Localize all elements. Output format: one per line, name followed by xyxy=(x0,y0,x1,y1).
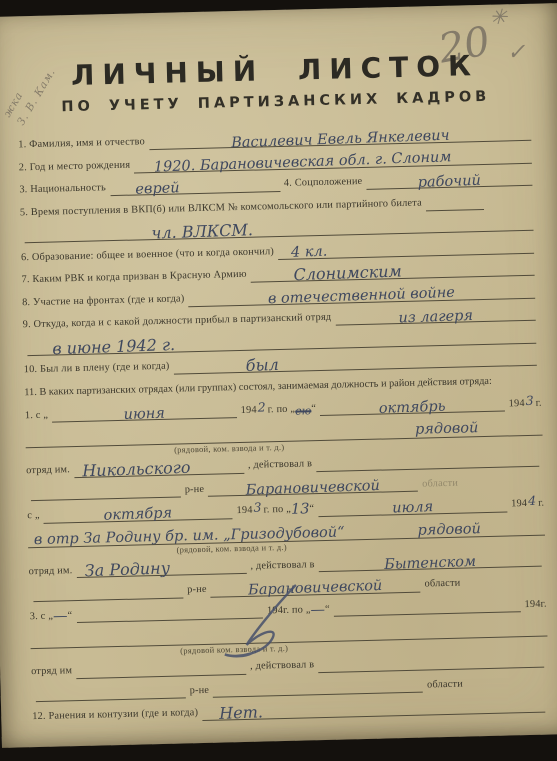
field-birth-label: 2. Год и место рождения xyxy=(19,158,131,176)
entry1-district-label: р-не xyxy=(185,482,205,497)
field-nationality-line: еврей xyxy=(110,176,280,196)
field-wounds-value: Нет. xyxy=(219,704,263,722)
entry1-district-value: Барановичевской xyxy=(208,478,418,500)
entry3-unit-label: отряд им xyxy=(31,664,72,680)
entry3-from-quote: “ xyxy=(67,609,72,624)
field-social-line: рабочий xyxy=(366,170,532,190)
entry1-district-line: Барановичевской xyxy=(208,476,418,497)
entry2-to-quote: “ xyxy=(309,502,314,517)
entry1-mid: г. по „ xyxy=(268,402,296,418)
form-title: ЛИЧНЫЙ ЛИСТОК xyxy=(16,48,534,94)
entry3-suffix: г. xyxy=(540,597,546,612)
entry2-from-month-line: октября xyxy=(43,503,232,524)
entry2-district-blank xyxy=(33,582,183,602)
field-rvk-label: 7. Каким РВК и когда призван в Красную А… xyxy=(21,268,246,288)
entry3-to-quote: “ xyxy=(325,602,330,617)
field-arrival-line1: из лагеря xyxy=(335,305,536,326)
field-party-value: чл. ВЛКСМ. xyxy=(151,222,253,242)
entry3-unit-line xyxy=(76,659,246,679)
entry3-mid: г. по „ xyxy=(283,603,311,619)
entry1-unit-line: Никольского xyxy=(74,458,244,478)
entry2-district-value: Барановичевской xyxy=(211,578,421,600)
field-fronts-line: в отечественной войне xyxy=(188,282,535,306)
entry2-from-year-digit: 3 xyxy=(253,502,261,515)
entry1-to-month-line: октябрь xyxy=(320,396,505,417)
entry1-area-label: , действовал в xyxy=(248,457,313,473)
entry2-year2: 194 xyxy=(511,497,527,512)
entry2-to-year-digit: 4 xyxy=(528,495,536,508)
entry2-from-month: октября xyxy=(44,505,233,526)
entry3-year2: 194 xyxy=(524,597,540,612)
entry1-to-day: ею xyxy=(295,406,311,417)
entry2-unit-value: За Родину xyxy=(85,561,171,580)
field-birth-value: 1920. Барановичевская обл. г. Слоним xyxy=(154,150,452,175)
entry2-to-month: июля xyxy=(318,498,507,519)
entry2-rank: рядовой xyxy=(417,522,481,538)
entry2-prefix: с „ xyxy=(27,509,40,524)
entry2-to-day: 13 xyxy=(291,503,310,518)
entry2-suffix: г. xyxy=(538,497,544,512)
entry3-area-label: , действовал в xyxy=(250,658,315,674)
entry1-to-month: октябрь xyxy=(320,398,505,419)
entry1-oblast-label: области xyxy=(422,476,458,492)
entry3-district-label: р-не xyxy=(190,683,210,698)
entry1-district-blank xyxy=(31,482,181,502)
field-education-label: 6. Образование: общее и военное (что и к… xyxy=(21,245,274,266)
field-education-line: 4 кл. xyxy=(278,237,534,259)
entry2-mid: г. по „ xyxy=(263,503,291,519)
entry1-area-line xyxy=(316,451,539,472)
entry1-to-year-digit: 3 xyxy=(526,395,534,408)
field-captivity-line: был xyxy=(173,350,537,375)
entry3-year1: 194 xyxy=(267,604,283,619)
field-nationality-label: 3. Национальность xyxy=(19,181,106,198)
field-arrival-value1: из лагеря xyxy=(335,306,536,327)
entry1-unit-label: отряд им. xyxy=(26,463,70,479)
entry3-prefix: 3. с „ xyxy=(30,609,54,624)
paper-sheet: жка З. В. Кам. 20 ✳ ✓ ЛИЧНЫЙ ЛИСТОК ПО У… xyxy=(0,3,557,748)
entry3-to-month-line xyxy=(334,597,521,618)
entry2-district-line: Барановичевской xyxy=(210,577,420,598)
entry1-unit-value: Никольского xyxy=(82,460,191,480)
field-nationality-value: еврей xyxy=(135,181,180,197)
field-social-label: 4. Соцположение xyxy=(284,175,363,192)
field-wounds-label: 12. Ранения и контузии (где и когда) xyxy=(32,706,198,725)
entry2-oblast-label: области xyxy=(424,577,460,593)
entry1-year2: 194 xyxy=(509,397,525,412)
entry1-suffix: г. xyxy=(536,396,542,411)
field-education-value: 4 кл. xyxy=(291,245,328,261)
entry3-area-line xyxy=(318,652,544,674)
entry3-district-line xyxy=(213,677,423,698)
field-party-line-short xyxy=(426,193,484,210)
entry1-year1: 194 xyxy=(241,403,257,418)
entry2-area-label: , действовал в xyxy=(250,558,315,574)
entry2-district-label: р-не xyxy=(187,583,207,598)
field-fronts-label: 8. Участие на фронтах (где и когда) xyxy=(22,292,185,311)
entry3-from-day: — xyxy=(53,609,68,624)
field-fullname-label: 1. Фамилия, имя и отчество xyxy=(18,135,145,153)
entry3-district-blank xyxy=(36,683,186,703)
entry2-area-line: Бытенском xyxy=(318,551,541,572)
entry1-from-month: июня xyxy=(52,404,237,425)
field-wounds-line: Нет. xyxy=(202,697,545,721)
entry1-from-month-line: июня xyxy=(52,403,237,424)
entry1-to-quote: “ xyxy=(311,402,316,417)
field-party-label: 5. Время поступления в ВКП(б) или ВЛКСМ … xyxy=(20,196,422,221)
entry2-area-value: Бытенском xyxy=(318,552,541,574)
entry1-from-year-digit: 2 xyxy=(258,401,266,414)
entry3-from-month-line xyxy=(76,603,263,624)
field-arrival-label: 9. Откуда, когда и с какой должности при… xyxy=(23,311,332,333)
entry2-year1: 194 xyxy=(236,504,252,519)
field-captivity-value: был xyxy=(246,357,280,374)
entry2-to-month-line: июля xyxy=(318,496,507,517)
entry3-oblast-label: области xyxy=(427,677,463,693)
entry1-rank: рядовой xyxy=(415,422,479,438)
field-rvk-line: Слонимским xyxy=(250,260,534,283)
field-social-value: рабочий xyxy=(366,171,532,191)
field-arrival-value2: в июне 1942 г. xyxy=(52,336,175,356)
entry2-unit-label: отряд им. xyxy=(29,564,73,580)
field-wounds: 12. Ранения и контузии (где и когда) Нет… xyxy=(32,696,549,725)
form-body: 1. Фамилия, имя и отчество Василевич Еве… xyxy=(18,125,549,725)
entry3-to-day: — xyxy=(310,603,325,618)
field-fullname-line: Василевич Евель Янкелевич xyxy=(149,125,532,150)
entry2-unit-line: За Родину xyxy=(76,558,246,578)
entry1-prefix: 1. с „ xyxy=(25,408,49,423)
form-subtitle: ПО УЧЕТУ ПАРТИЗАНСКИХ КАДРОВ xyxy=(17,88,534,117)
field-captivity-label: 10. Был ли в плену (где и когда) xyxy=(24,360,170,378)
field-rvk-value: Слонимским xyxy=(293,263,402,283)
